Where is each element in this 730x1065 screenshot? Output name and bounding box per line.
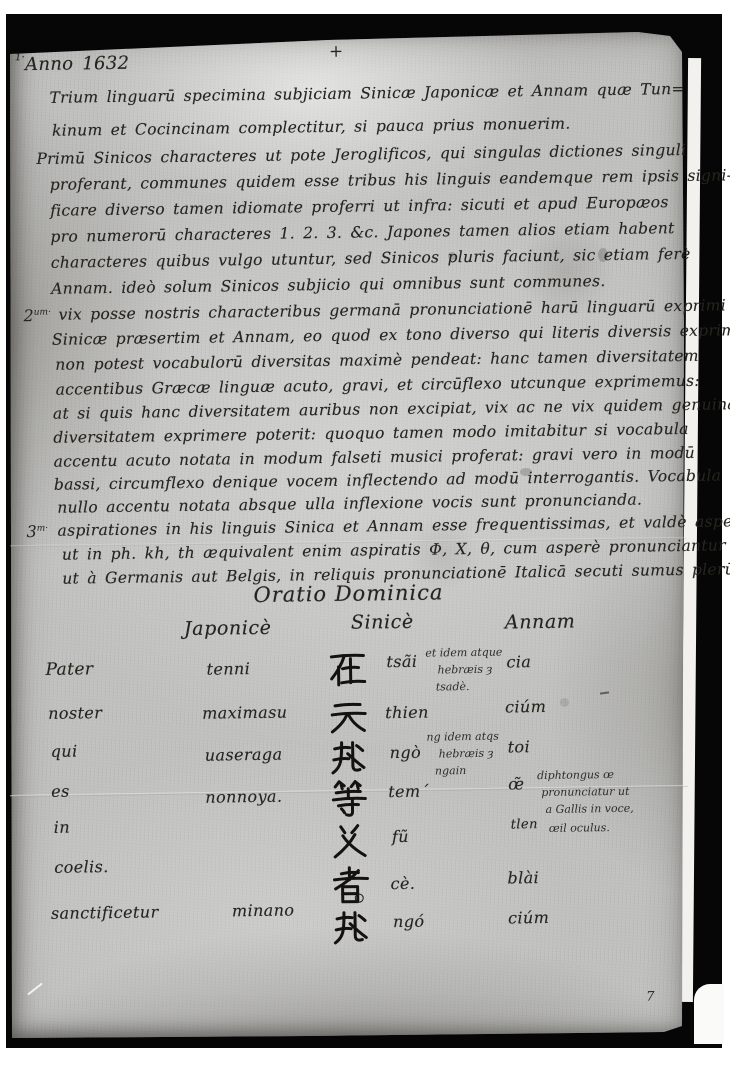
note-line: a Gallis in voce, [537, 800, 633, 818]
note-line: et idem atque [425, 644, 502, 662]
table-cell-japonice: minano [232, 900, 295, 920]
cross-mark: + [329, 42, 344, 62]
note-tsai: et idem atque hebræis ȝ tsadè. [425, 644, 503, 696]
paragraph-line: characteres quibus vulgo utuntur, sed Si… [51, 245, 691, 272]
handwritten-content: 1· Anno 1632 + Trium linguarū specimina … [0, 0, 730, 1065]
note-line: hebræis ȝ [425, 661, 502, 679]
paragraph-line: bassi, circumflexo denique vocem inflect… [54, 466, 722, 493]
margin-mark: 1· [15, 52, 25, 63]
note-oe-diphthong: diphtongus œ pronunciatur ut a Gallis in… [537, 766, 634, 818]
hanzi-column [327, 647, 371, 648]
table-cell-sinice: ngó [393, 912, 425, 931]
paragraph-line: proferant, communes quidem esse tribus h… [50, 166, 730, 194]
table-cell-japonice: nonnoya. [205, 787, 282, 807]
paragraph-line: pro numerorū characteres 1. 2. 3. &c. Ja… [50, 219, 674, 246]
table-cell-sinice: thien [385, 703, 429, 723]
table-cell-annam: toi [508, 737, 531, 756]
intro-line: kinum et Cocincinam complectitur, si pau… [52, 115, 571, 140]
note-line: diphtongus œ [537, 766, 633, 784]
paragraph-line: Annam. ideò solum Sinicos subjicio qui o… [51, 272, 606, 298]
table-cell-annam: tlen [511, 817, 538, 832]
table-cell-sinice: cè. [390, 874, 415, 893]
paragraph-number-suffix: m· [37, 524, 49, 534]
table-cell-annam: ciúm [508, 908, 549, 928]
paragraph-line: ut in ph. kh, th æquivalent enim aspirat… [62, 536, 726, 563]
paragraph-line: Primū Sinicos characteres ut pote Jerogl… [36, 141, 686, 168]
page-number: 7 [646, 989, 654, 1004]
intro-line: Trium linguarū specimina subjiciam Sinic… [49, 80, 684, 107]
table-cell-sinice: ngò [390, 743, 422, 762]
table-cell-sinice: tem´ [388, 782, 429, 802]
table-cell-annam: ciúm [505, 697, 546, 717]
note-line: ng idem atqs [426, 728, 499, 746]
table-cell-japonice: tenni [206, 659, 250, 679]
paragraph-line: accentibus Græcæ linguæ acuto, gravi, et… [55, 372, 700, 399]
paragraph-line: diversitatem exprimere poterit: quoquo t… [53, 420, 689, 447]
table-cell-latin: sanctificetur [51, 902, 159, 923]
paragraph-line: aspirationes in his linguis Sinica et An… [57, 512, 730, 540]
table-cell-latin: es [51, 782, 70, 801]
table-cell-latin: qui [51, 741, 78, 760]
table-title: Oratio Dominica [253, 580, 443, 607]
hanzi-glyph-zai [327, 647, 368, 688]
table-cell-sinice: tsãi [386, 652, 417, 671]
hanzi-glyph-deng [329, 779, 370, 820]
table-cell-japonice: maximasu [202, 703, 288, 723]
paragraph-number-suffix: um· [34, 307, 51, 317]
table-cell-annam: œ̃ [508, 774, 524, 793]
table-cell-sinice: fũ [392, 827, 409, 846]
column-header-sinice: Sinicè [351, 611, 414, 634]
paragraph-number: 3m· [26, 522, 48, 541]
hanzi-glyph-wo-2 [331, 907, 372, 948]
table-cell-latin: noster [48, 703, 102, 723]
table-cell-japonice: uaseraga [205, 745, 283, 765]
hanzi-circle-mark [355, 894, 364, 903]
note-ngo: ng idem atqs hebræis ȝ ngain [426, 728, 499, 780]
hanzi-glyph-fu [330, 821, 371, 862]
table-cell-latin: coelis. [54, 857, 109, 877]
table-cell-latin: Pater [45, 659, 93, 680]
table-cell-annam: cia [506, 652, 531, 671]
paragraph-number-digit: 2 [23, 306, 33, 325]
paragraph-line: ficare diverso tamen idiomate proferri u… [50, 193, 669, 220]
note-line: ngain [427, 762, 500, 780]
paragraph-line: non potest vocabulorū diversitas maximè … [55, 347, 699, 374]
paragraph-line: accentu acuto notata in modum falseti mu… [54, 444, 696, 471]
paragraph-number-digit: 3 [26, 522, 36, 541]
note-line: pronunciatur ut [537, 783, 633, 801]
paragraph-line: nullo accentu notata absque ulla inflexi… [57, 491, 642, 517]
paragraph-line: Sinicæ præsertim et Annam, eo quod ex to… [52, 321, 730, 349]
paragraph-line: vix posse nostris characteribus germanā … [58, 296, 726, 323]
hanzi-glyph-tian [328, 695, 369, 736]
table-cell-annam: blài [507, 868, 539, 887]
column-header-annam: Annam [505, 611, 576, 634]
column-header-japonice: Japonicè [184, 617, 272, 640]
year-annotation: Anno 1632 [25, 53, 130, 75]
hanzi-glyph-zhe [330, 865, 371, 906]
table-cell-latin: in [54, 818, 70, 837]
paragraph-line: at si quis hanc diversitatem auribus non… [53, 395, 730, 423]
note-line: tsadè. [426, 678, 503, 696]
paragraph-number: 2um· [23, 306, 51, 325]
note-oe-tail: œil oculus. [549, 819, 610, 837]
note-line: hebræis ȝ [427, 745, 500, 763]
manuscript-scan: 1· Anno 1632 + Trium linguarū specimina … [0, 0, 730, 1065]
hanzi-glyph-wo [329, 737, 370, 778]
